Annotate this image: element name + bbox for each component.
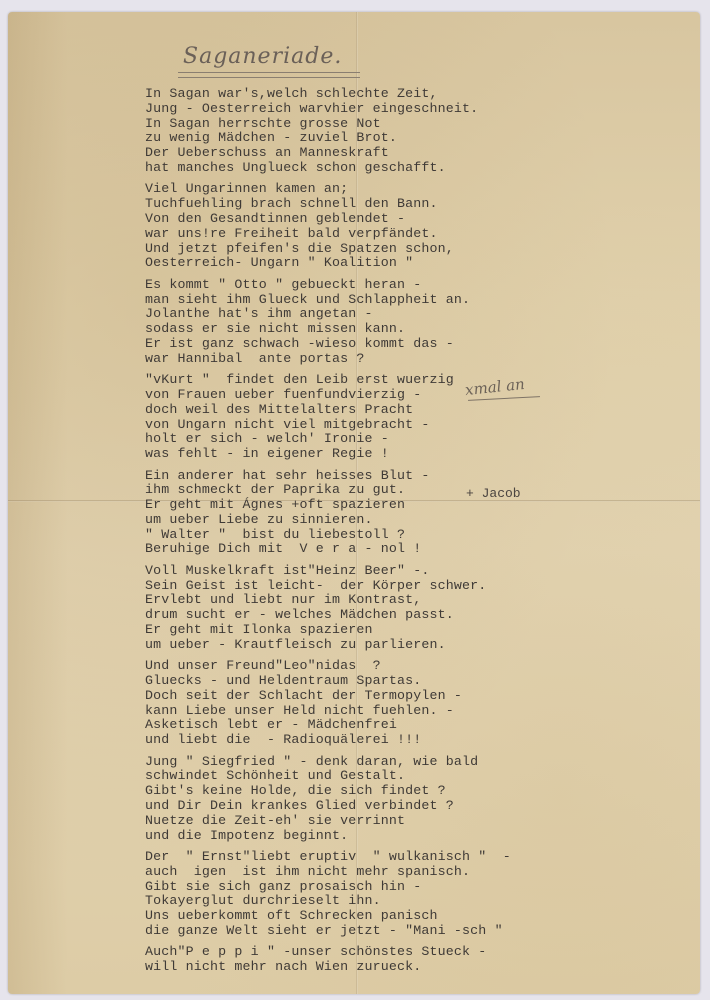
- poem-line: Es kommt " Otto " gebueckt heran -: [145, 278, 565, 293]
- poem-line: holt er sich - welch' Ironie -: [145, 432, 565, 447]
- poem-line: Nuetze die Zeit-eh' sie verrinnt: [145, 814, 565, 829]
- poem-line: hat manches Unglueck schon geschafft.: [145, 161, 565, 176]
- poem-line: und Dir Dein krankes Glied verbindet ?: [145, 799, 565, 814]
- poem-line: Gluecks - und Heldentraum Spartas.: [145, 674, 565, 689]
- poem-line: was fehlt - in eigener Regie !: [145, 447, 565, 462]
- poem-line: Ervlebt und liebt nur im Kontrast,: [145, 593, 565, 608]
- paper-shading: [8, 12, 68, 994]
- stanza: Voll Muskelkraft ist"Heinz Beer" -.Sein …: [145, 564, 565, 653]
- poem-line: Jolanthe hat's ihm angetan -: [145, 307, 565, 322]
- poem-line: kann Liebe unser Held nicht fuehlen. -: [145, 704, 565, 719]
- poem-line: Tokayerglut durchrieselt ihn.: [145, 894, 565, 909]
- poem-line: Oesterreich- Ungarn " Koalition ": [145, 256, 565, 271]
- stanza: Jung " Siegfried " - denk daran, wie bal…: [145, 755, 565, 844]
- poem-line: Und unser Freund"Leo"nidas ?: [145, 659, 565, 674]
- document-title: Saganeriade.: [183, 44, 342, 69]
- poem-line: drum sucht er - welches Mädchen passt.: [145, 608, 565, 623]
- poem-line: war Hannibal ante portas ?: [145, 352, 565, 367]
- poem-line: man sieht ihm Glueck und Schlappheit an.: [145, 293, 565, 308]
- poem-line: In Sagan herrschte grosse Not: [145, 117, 565, 132]
- poem-line: Voll Muskelkraft ist"Heinz Beer" -.: [145, 564, 565, 579]
- poem-line: um ueber Liebe zu sinnieren.: [145, 513, 565, 528]
- poem-line: sodass er sie nicht missen kann.: [145, 322, 565, 337]
- poem-line: und die Impotenz beginnt.: [145, 829, 565, 844]
- poem-line: Gibt sie sich ganz prosaisch hin -: [145, 880, 565, 895]
- poem-line: von Ungarn nicht viel mitgebracht -: [145, 418, 565, 433]
- poem-line: Sein Geist ist leicht- der Körper schwer…: [145, 579, 565, 594]
- stanza: Es kommt " Otto " gebueckt heran -man si…: [145, 278, 565, 367]
- title-underline: [178, 72, 360, 78]
- poem-line: Jung - Oesterreich warvhier eingeschneit…: [145, 102, 565, 117]
- poem-line: Der Ueberschuss an Manneskraft: [145, 146, 565, 161]
- typed-margin-annotation: + Jacob: [466, 486, 521, 501]
- stanza: Viel Ungarinnen kamen an;Tuchfuehling br…: [145, 182, 565, 271]
- stanza: Der " Ernst"liebt eruptiv " wulkanisch "…: [145, 850, 565, 939]
- poem-line: Asketisch lebt er - Mädchenfrei: [145, 718, 565, 733]
- poem-line: Auch"P e p p i " -unser schönstes Stueck…: [145, 945, 565, 960]
- poem-line: Der " Ernst"liebt eruptiv " wulkanisch "…: [145, 850, 565, 865]
- poem-line: Viel Ungarinnen kamen an;: [145, 182, 565, 197]
- poem-line: Beruhige Dich mit V e r a - nol !: [145, 542, 565, 557]
- poem-line: doch weil des Mittelalters Pracht: [145, 403, 565, 418]
- poem-line: die ganze Welt sieht er jetzt - "Mani -s…: [145, 924, 565, 939]
- poem-line: zu wenig Mädchen - zuviel Brot.: [145, 131, 565, 146]
- stanza: In Sagan war's,welch schlechte Zeit,Jung…: [145, 87, 565, 176]
- poem-line: In Sagan war's,welch schlechte Zeit,: [145, 87, 565, 102]
- poem-line: Tuchfuehling brach schnell den Bann.: [145, 197, 565, 212]
- poem-line: Uns ueberkommt oft Schrecken panisch: [145, 909, 565, 924]
- poem-line: Jung " Siegfried " - denk daran, wie bal…: [145, 755, 565, 770]
- poem-line: Er ist ganz schwach -wieso kommt das -: [145, 337, 565, 352]
- poem-line: Und jetzt pfeifen's die Spatzen schon,: [145, 242, 565, 257]
- poem-line: Gibt's keine Holde, die sich findet ?: [145, 784, 565, 799]
- poem-line: auch igen ist ihm nicht mehr spanisch.: [145, 865, 565, 880]
- poem-line: Er geht mit Ilonka spazieren: [145, 623, 565, 638]
- poem-line: um ueber - Krautfleisch zu parlieren.: [145, 638, 565, 653]
- poem-line: will nicht mehr nach Wien zurueck.: [145, 960, 565, 975]
- poem-line: war uns!re Freiheit bald verpfändet.: [145, 227, 565, 242]
- stanza: Ein anderer hat sehr heisses Blut -ihm s…: [145, 469, 565, 558]
- poem-line: schwindet Schönheit und Gestalt.: [145, 769, 565, 784]
- stanza: Und unser Freund"Leo"nidas ?Gluecks - un…: [145, 659, 565, 748]
- poem-line: Von den Gesandtinnen geblendet -: [145, 212, 565, 227]
- poem-line: Doch seit der Schlacht der Termopylen -: [145, 689, 565, 704]
- poem-body: In Sagan war's,welch schlechte Zeit,Jung…: [145, 87, 565, 982]
- stanza: Auch"P e p p i " -unser schönstes Stueck…: [145, 945, 565, 975]
- poem-line: und liebt die - Radioquälerei !!!: [145, 733, 565, 748]
- poem-line: " Walter " bist du liebestoll ?: [145, 528, 565, 543]
- poem-line: Ein anderer hat sehr heisses Blut -: [145, 469, 565, 484]
